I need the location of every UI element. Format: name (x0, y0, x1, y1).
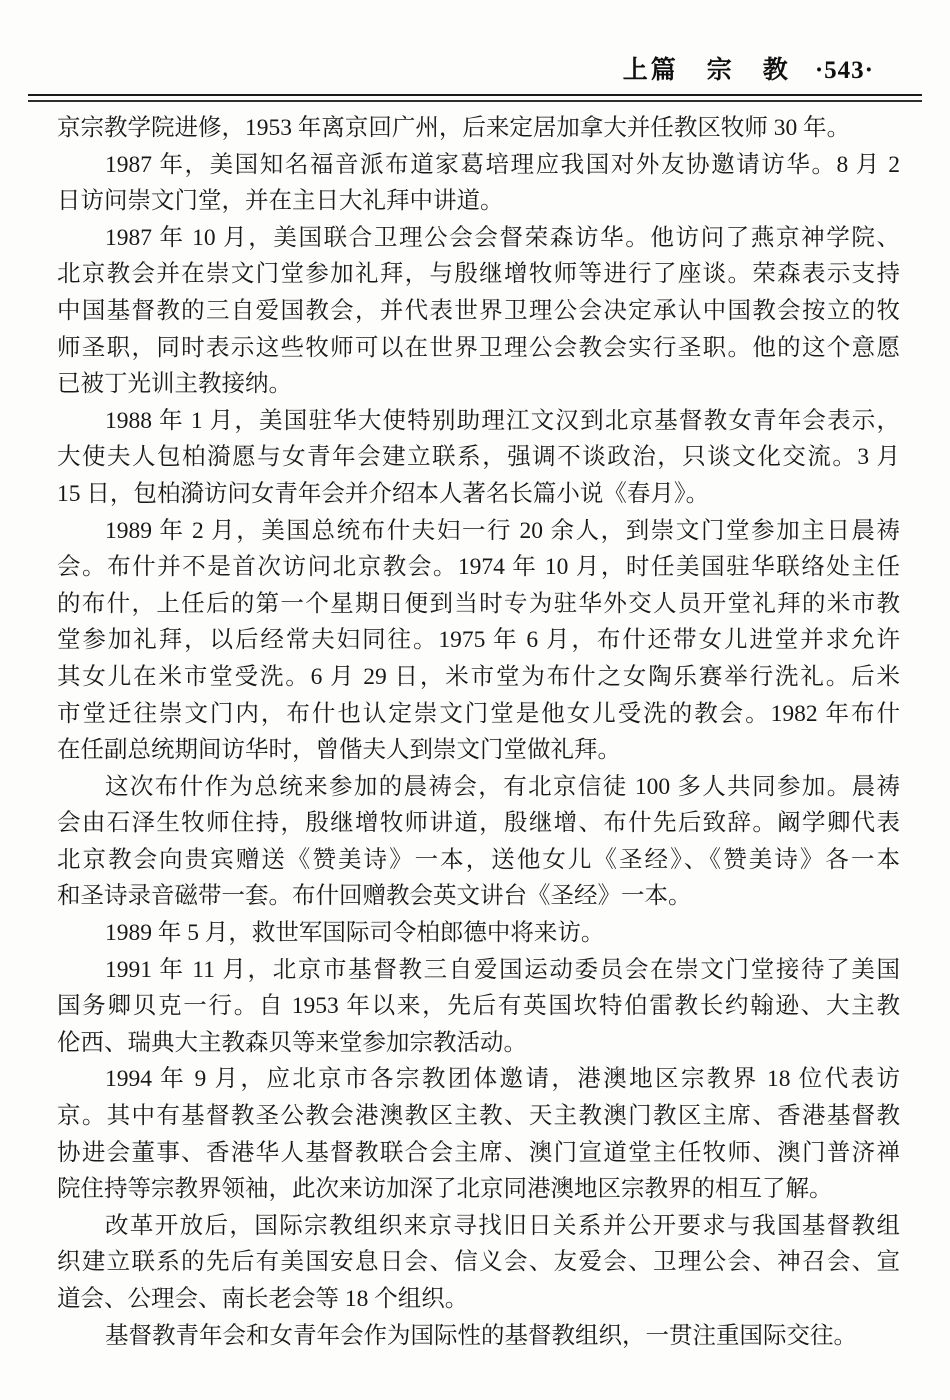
text-line: 基督教青年会和女青年会作为国际性的基督教组织，一贯注重国际交往。 (57, 1318, 900, 1355)
text-line: 织建立联系的先后有美国安息日会、信义会、友爱会、卫理公会、神召会、宣 (57, 1244, 900, 1281)
text-line: 北京教会向贵宾赠送《赞美诗》一本，送他女儿《圣经》、《赞美诗》各一本 (57, 842, 900, 879)
text-line: 15 日，包柏漪访问女青年会并介绍本人著名长篇小说《春月》。 (57, 476, 900, 513)
text-line: 大使夫人包柏漪愿与女青年会建立联系，强调不谈政治，只谈文化交流。3 月 (57, 439, 900, 476)
text-line: 其女儿在米市堂受洗。6 月 29 日，米市堂为布什之女陶乐赛举行洗礼。后米 (57, 659, 900, 696)
text-line: 1991 年 11 月，北京市基督教三自爱国运动委员会在崇文门堂接待了美国 (57, 952, 900, 989)
text-line: 已被丁光训主教接纳。 (57, 366, 900, 403)
text-line: 在任副总统期间访华时，曾偕夫人到崇文门堂做礼拜。 (57, 732, 900, 769)
text-line: 道会、公理会、南长老会等 18 个组织。 (57, 1281, 900, 1318)
header-rule (28, 94, 922, 102)
text-line: 京。其中有基督教圣公教会港澳教区主教、天主教澳门教区主席、香港基督教 (57, 1098, 900, 1135)
page-number: ·543· (815, 57, 874, 84)
text-line: 中国基督教的三自爱国教会，并代表世界卫理公会决定承认中国教会按立的牧 (57, 293, 900, 330)
text-line: 和圣诗录音磁带一套。布什回赠教会英文讲台《圣经》一本。 (57, 878, 900, 915)
text-line: 会。布什并不是首次访问北京教会。1974 年 10 月，时任美国驻华联络处主任 (57, 549, 900, 586)
document-page: 上篇 宗 教·543· 京宗教学院进修，1953 年离京回广州，后来定居加拿大并… (0, 0, 950, 1400)
text-line: 北京教会并在崇文门堂参加礼拜，与殷继增牧师等进行了座谈。荣森表示支持 (57, 256, 900, 293)
text-line: 1987 年 10 月，美国联合卫理公会会督荣森访华。他访问了燕京神学院、 (57, 220, 900, 257)
text-line: 京宗教学院进修，1953 年离京回广州，后来定居加拿大并任教区牧师 30 年。 (57, 110, 900, 147)
text-line: 1989 年 2 月，美国总统布什夫妇一行 20 余人，到崇文门堂参加主日晨祷 (57, 513, 900, 550)
text-line: 师圣职，同时表示这些牧师可以在世界卫理公会教会实行圣职。他的这个意愿 (57, 330, 900, 367)
text-line: 的布什，上任后的第一个星期日便到当时专为驻华外交人员开堂礼拜的米市教 (57, 586, 900, 623)
text-line: 协进会董事、香港华人基督教联合会主席、澳门宣道堂主任牧师、澳门普济禅 (57, 1135, 900, 1172)
text-line: 1988 年 1 月，美国驻华大使特别助理江文汉到北京基督教女青年会表示， (57, 403, 900, 440)
section-title: 上篇 宗 教 (623, 57, 791, 84)
text-line: 1989 年 5 月，救世军国际司令柏郎德中将来访。 (57, 915, 900, 952)
text-line: 院住持等宗教界领袖，此次来访加深了北京同港澳地区宗教界的相互了解。 (57, 1171, 900, 1208)
text-line: 日访问崇文门堂，并在主日大礼拜中讲道。 (57, 183, 900, 220)
text-line: 市堂迁往崇文门内，布什也认定崇文门堂是他女儿受洗的教会。1982 年布什 (57, 696, 900, 733)
page-header: 上篇 宗 教·543· (30, 50, 874, 86)
text-line: 1987 年，美国知名福音派布道家葛培理应我国对外友协邀请访华。8 月 2 (57, 147, 900, 184)
text-line: 国务卿贝克一行。自 1953 年以来，先后有英国坎特伯雷教长约翰逊、大主教 (57, 988, 900, 1025)
text-line: 这次布什作为总统来参加的晨祷会，有北京信徒 100 多人共同参加。晨祷 (57, 769, 900, 806)
text-line: 伦西、瑞典大主教森贝等来堂参加宗教活动。 (57, 1025, 900, 1062)
text-line: 1994 年 9 月，应北京市各宗教团体邀请，港澳地区宗教界 18 位代表访 (57, 1061, 900, 1098)
text-line: 会由石泽生牧师住持，殷继增牧师讲道，殷继增、布什先后致辞。阚学卿代表 (57, 805, 900, 842)
text-line: 堂参加礼拜，以后经常夫妇同往。1975 年 6 月，布什还带女儿进堂并求允许 (57, 622, 900, 659)
body-text: 京宗教学院进修，1953 年离京回广州，后来定居加拿大并任教区牧师 30 年。1… (57, 110, 900, 1354)
text-line: 改革开放后，国际宗教组织来京寻找旧日关系并公开要求与我国基督教组 (57, 1208, 900, 1245)
